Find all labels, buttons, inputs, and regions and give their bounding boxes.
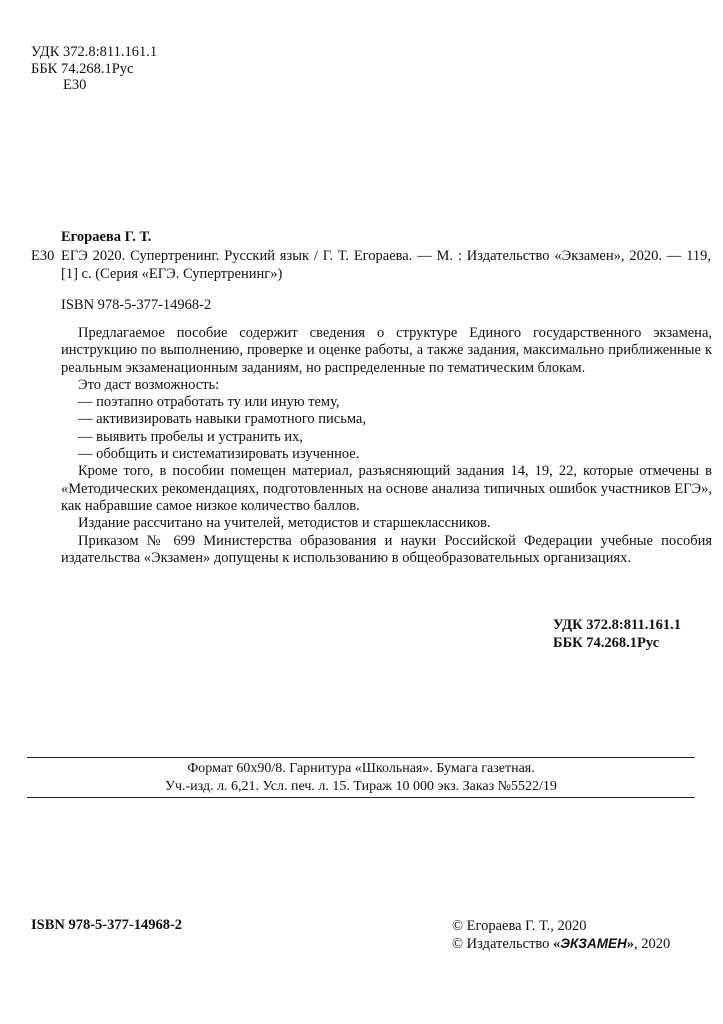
- copyright-publisher: © Издательство «ЭКЗАМЕН», 2020: [452, 935, 670, 953]
- annotation-bullet: — активизировать навыки грамотного письм…: [61, 411, 712, 428]
- imprint-top-rule: [27, 757, 695, 758]
- annotation-bullet: — обобщить и систематизировать изученное…: [61, 446, 712, 463]
- udk-code: УДК 372.8:811.161.1: [31, 44, 157, 61]
- copyright-author: © Егораева Г. Т., 2020: [452, 917, 670, 935]
- imprint-block: Формат 60х90/8. Гарнитура «Школьная». Бу…: [27, 760, 695, 795]
- author-mark: Е30: [31, 77, 157, 94]
- imprint-line-print-run: Уч.-изд. л. 6,21. Усл. печ. л. 15. Тираж…: [27, 778, 695, 796]
- bbk-code: ББК 74.268.1Рус: [31, 61, 157, 78]
- imprint-bottom-rule: [27, 797, 695, 798]
- bibliographic-text: ЕГЭ 2020. Супертренинг. Русский язык / Г…: [61, 247, 711, 283]
- copyright-block: © Егораева Г. Т., 2020 © Издательство «Э…: [452, 917, 670, 953]
- annotation-bullet: — выявить пробелы и устранить их,: [61, 429, 712, 446]
- annotation-intro: Это даст возможность:: [61, 377, 712, 394]
- annotation-bullet: — поэтапно отработать ту или иную тему,: [61, 394, 712, 411]
- author-heading: Егораева Г. Т.: [61, 229, 151, 246]
- classification-codes-right: УДК 372.8:811.161.1 ББК 74.268.1Рус: [553, 616, 681, 652]
- annotation-paragraph: Кроме того, в пособии помещен материал, …: [61, 463, 712, 515]
- annotation: Предлагаемое пособие содержит сведения о…: [61, 325, 712, 567]
- isbn-top: ISBN 978-5-377-14968-2: [61, 297, 211, 314]
- author-mark-inline: Е30: [31, 247, 54, 265]
- imprint-line-format: Формат 60х90/8. Гарнитура «Школьная». Бу…: [27, 760, 695, 778]
- copyright-publisher-prefix: © Издательство: [452, 936, 553, 952]
- classification-codes-top: УДК 372.8:811.161.1 ББК 74.268.1Рус Е30: [31, 44, 157, 94]
- publisher-brand-logo: ЭКЗАМЕН: [560, 936, 626, 951]
- copyright-publisher-year: , 2020: [634, 936, 670, 952]
- close-quote: »: [627, 936, 634, 952]
- udk-code-right: УДК 372.8:811.161.1: [553, 616, 681, 634]
- bibliographic-description: Е30 ЕГЭ 2020. Супертренинг. Русский язык…: [31, 247, 711, 283]
- annotation-paragraph: Приказом № 699 Министерства образования …: [61, 533, 712, 568]
- isbn-bottom: ISBN 978-5-377-14968-2: [31, 917, 182, 934]
- annotation-paragraph: Издание рассчитано на учителей, методист…: [61, 515, 712, 532]
- annotation-paragraph: Предлагаемое пособие содержит сведения о…: [61, 325, 712, 377]
- bbk-code-right: ББК 74.268.1Рус: [553, 634, 681, 652]
- copyright-page: УДК 372.8:811.161.1 ББК 74.268.1Рус Е30 …: [0, 0, 723, 1024]
